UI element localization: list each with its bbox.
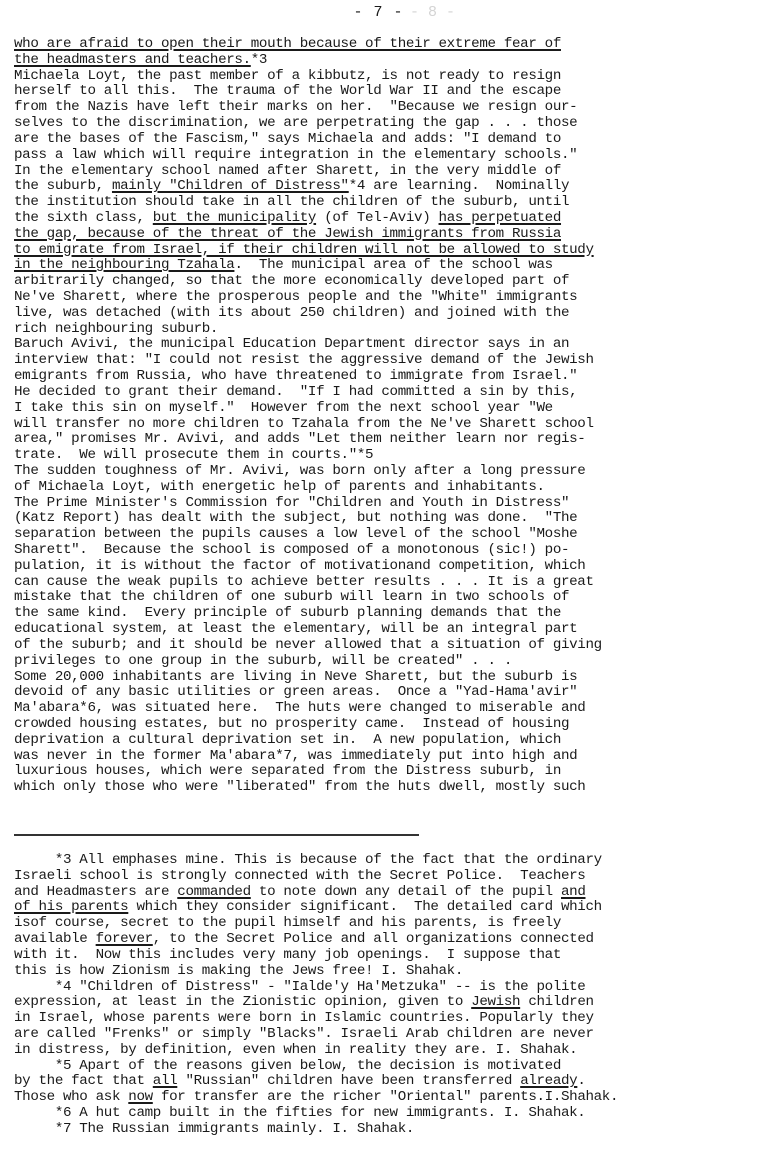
- text-segment: devoid of any basic utilities or green a…: [14, 684, 577, 700]
- text-segment: expression, at least in the Zionistic op…: [14, 994, 471, 1010]
- text-segment: In the elementary school named after Sha…: [14, 163, 561, 179]
- text-segment: . The municipal area of the school was: [234, 257, 552, 273]
- body-line: are the bases of the Fascism," says Mich…: [14, 132, 749, 148]
- body-line: pulation, it is without the factor of mo…: [14, 559, 749, 575]
- text-segment: , to the Secret Police and all organizat…: [153, 931, 594, 947]
- text-segment: live, was detached (with its about 250 c…: [14, 305, 569, 321]
- document-page: - 7 - - 8 - who are afraid to open their…: [0, 0, 757, 1170]
- text-segment: the suburb,: [14, 178, 112, 194]
- text-segment: this is how Zionism is making the Jews f…: [14, 963, 463, 979]
- body-line: to emigrate from Israel, if their childr…: [14, 243, 749, 259]
- body-line: selves to the discrimination, we are per…: [14, 116, 749, 132]
- body-line: In the elementary school named after Sha…: [14, 164, 749, 180]
- text-segment: .: [577, 1073, 585, 1089]
- body-line: the same kind. Every principle of suburb…: [14, 606, 749, 622]
- underlined-emphasis: of his parents: [14, 899, 128, 915]
- text-segment: of Michaela Loyt, with energetic help of…: [14, 479, 545, 495]
- footnotes: *3 All emphases mine. This is because of…: [14, 853, 754, 1138]
- text-segment: the same kind. Every principle of suburb…: [14, 605, 561, 621]
- text-segment: He decided to grant their demand. "If I …: [14, 384, 577, 400]
- text-segment: (Katz Report) has dealt with the subject…: [14, 510, 577, 526]
- body-line: the institution should take in all the c…: [14, 195, 749, 211]
- text-segment: crowded housing estates, but no prosperi…: [14, 716, 569, 732]
- underlined-emphasis: forever: [96, 931, 153, 947]
- text-segment: Ne've Sharett, where the prosperous peop…: [14, 289, 577, 305]
- body-line: privileges to one group in the suburb, w…: [14, 654, 749, 670]
- text-segment: by the fact that: [14, 1073, 153, 1089]
- text-segment: "Russian" children have been transferred: [177, 1073, 520, 1089]
- text-segment: *5 Apart of the reasons given below, the…: [14, 1058, 561, 1074]
- text-segment: can cause the weak pupils to achieve bet…: [14, 574, 594, 590]
- text-segment: separation between the pupils causes a l…: [14, 526, 577, 542]
- text-segment: in Israel, whose parents were born in Is…: [14, 1010, 594, 1026]
- text-segment: (of Tel-Aviv): [316, 210, 438, 226]
- body-line: the suburb, mainly "Children of Distress…: [14, 179, 749, 195]
- footnote-line: available forever, to the Secret Police …: [14, 932, 754, 948]
- text-segment: Israeli school is strongly connected wit…: [14, 868, 585, 884]
- footnote-line: in Israel, whose parents were born in Is…: [14, 1011, 754, 1027]
- footnote-line: with it. Now this includes very many job…: [14, 948, 754, 964]
- text-segment: was never in the former Ma'abara*7, was …: [14, 748, 577, 764]
- text-segment: *3: [251, 52, 267, 68]
- body-line: The Prime Minister's Commission for "Chi…: [14, 496, 749, 512]
- underlined-emphasis: in the neighbouring Tzahala: [14, 257, 234, 273]
- body-line: (Katz Report) has dealt with the subject…: [14, 511, 749, 527]
- text-segment: Those who ask: [14, 1089, 128, 1105]
- body-line: educational system, at least the element…: [14, 622, 749, 638]
- text-segment: Ma'abara*6, was situated here. The huts …: [14, 700, 585, 716]
- body-line: the gap, because of the threat of the Je…: [14, 227, 749, 243]
- text-segment: *7 The Russian immigrants mainly. I. Sha…: [14, 1121, 414, 1137]
- text-segment: in distress, by definition, even when in…: [14, 1042, 577, 1058]
- text-segment: educational system, at least the element…: [14, 621, 577, 637]
- text-segment: of the suburb; and it should be never al…: [14, 637, 602, 653]
- text-segment: are called "Frenks" or simply "Blacks". …: [14, 1026, 594, 1042]
- body-line: crowded housing estates, but no prosperi…: [14, 717, 749, 733]
- footnote-line: expression, at least in the Zionistic op…: [14, 995, 754, 1011]
- text-segment: privileges to one group in the suburb, w…: [14, 653, 512, 669]
- body-line: emigrants from Russia, who have threaten…: [14, 369, 749, 385]
- text-segment: area," promises Mr. Avivi, and adds "Let…: [14, 431, 585, 447]
- body-line: deprivation a cultural deprivation set i…: [14, 733, 749, 749]
- text-segment: the sixth class,: [14, 210, 153, 226]
- body-line: pass a law which will require integratio…: [14, 148, 749, 164]
- underlined-emphasis: mainly "Children of Distress": [112, 178, 349, 194]
- body-line: can cause the weak pupils to achieve bet…: [14, 575, 749, 591]
- text-segment: The sudden toughness of Mr. Avivi, was b…: [14, 463, 585, 479]
- underlined-emphasis: all: [153, 1073, 178, 1089]
- body-line: Baruch Avivi, the municipal Education De…: [14, 337, 749, 353]
- underlined-emphasis: the gap, because of the threat of the Je…: [14, 226, 561, 242]
- body-line: Ma'abara*6, was situated here. The huts …: [14, 701, 749, 717]
- body-line: mistake that the children of one suburb …: [14, 590, 749, 606]
- footnote-line: are called "Frenks" or simply "Blacks". …: [14, 1027, 754, 1043]
- footnote-line: *6 A hut camp built in the fifties for n…: [14, 1106, 754, 1122]
- body-line: area," promises Mr. Avivi, and adds "Let…: [14, 432, 749, 448]
- text-segment: trate. We will prosecute them in courts.…: [14, 447, 373, 463]
- text-segment: Sharett". Because the school is composed…: [14, 542, 569, 558]
- footnote-line: by the fact that all "Russian" children …: [14, 1074, 754, 1090]
- body-line: was never in the former Ma'abara*7, was …: [14, 749, 749, 765]
- underlined-emphasis: the headmasters and teachers.: [14, 52, 251, 68]
- body-line: the headmasters and teachers.*3: [14, 53, 749, 69]
- body-line: Michaela Loyt, the past member of a kibb…: [14, 69, 749, 85]
- footnote-line: *3 All emphases mine. This is because of…: [14, 853, 754, 869]
- underlined-emphasis: Jewish: [471, 994, 520, 1010]
- footnote-line: Israeli school is strongly connected wit…: [14, 869, 754, 885]
- underlined-emphasis: but the municipality: [153, 210, 316, 226]
- main-text: who are afraid to open their mouth becau…: [14, 37, 749, 796]
- text-segment: from the Nazis have left their marks on …: [14, 99, 577, 115]
- text-segment: mistake that the children of one suburb …: [14, 589, 569, 605]
- footnote-line: *5 Apart of the reasons given below, the…: [14, 1059, 754, 1075]
- footnote-line: this is how Zionism is making the Jews f…: [14, 964, 754, 980]
- footnote-line: of his parents which they consider signi…: [14, 900, 754, 916]
- body-line: herself to all this. The trauma of the W…: [14, 84, 749, 100]
- body-line: He decided to grant their demand. "If I …: [14, 385, 749, 401]
- body-line: Sharett". Because the school is composed…: [14, 543, 749, 559]
- text-segment: with it. Now this includes very many job…: [14, 947, 561, 963]
- body-line: will transfer no more children to Tzahal…: [14, 417, 749, 433]
- underlined-emphasis: commanded: [177, 884, 250, 900]
- text-segment: emigrants from Russia, who have threaten…: [14, 368, 577, 384]
- text-segment: to note down any detail of the pupil: [251, 884, 561, 900]
- footnote-line: in distress, by definition, even when in…: [14, 1043, 754, 1059]
- body-line: who are afraid to open their mouth becau…: [14, 37, 749, 53]
- text-segment: Michaela Loyt, the past member of a kibb…: [14, 68, 561, 84]
- text-segment: Some 20,000 inhabitants are living in Ne…: [14, 669, 577, 685]
- body-line: arbitrarily changed, so that the more ec…: [14, 274, 749, 290]
- text-segment: will transfer no more children to Tzahal…: [14, 416, 594, 432]
- underlined-emphasis: who are afraid to open their mouth becau…: [14, 36, 561, 52]
- text-segment: The Prime Minister's Commission for "Chi…: [14, 495, 569, 511]
- body-line: The sudden toughness of Mr. Avivi, was b…: [14, 464, 749, 480]
- body-line: which only those who were "liberated" fr…: [14, 780, 749, 796]
- text-segment: are the bases of the Fascism," says Mich…: [14, 131, 561, 147]
- body-line: devoid of any basic utilities or green a…: [14, 685, 749, 701]
- body-line: in the neighbouring Tzahala. The municip…: [14, 258, 749, 274]
- text-segment: *4 "Children of Distress" - "Ialde'y Ha'…: [14, 979, 585, 995]
- text-segment: herself to all this. The trauma of the W…: [14, 83, 561, 99]
- body-line: of the suburb; and it should be never al…: [14, 638, 749, 654]
- text-segment: I take this sin on myself." However from…: [14, 400, 553, 416]
- footnote-line: isof course, secret to the pupil himself…: [14, 916, 754, 932]
- body-line: trate. We will prosecute them in courts.…: [14, 448, 749, 464]
- body-line: interview that: "I could not resist the …: [14, 353, 749, 369]
- footnote-line: Those who ask now for transfer are the r…: [14, 1090, 754, 1106]
- footnote-line: and Headmasters are commanded to note do…: [14, 885, 754, 901]
- text-segment: pulation, it is without the factor of mo…: [14, 558, 585, 574]
- underlined-emphasis: has perpetuated: [439, 210, 561, 226]
- footnote-separator: [14, 834, 419, 836]
- text-segment: the institution should take in all the c…: [14, 194, 569, 210]
- text-segment: for transfer are the richer "Oriental" p…: [153, 1089, 618, 1105]
- text-segment: which they consider significant. The det…: [128, 899, 602, 915]
- body-line: Ne've Sharett, where the prosperous peop…: [14, 290, 749, 306]
- text-segment: luxurious houses, which were separated f…: [14, 763, 561, 779]
- page-number: - 7 -: [0, 4, 757, 21]
- text-segment: and Headmasters are: [14, 884, 177, 900]
- underlined-emphasis: to emigrate from Israel, if their childr…: [14, 242, 594, 258]
- text-segment: *3 All emphases mine. This is because of…: [14, 852, 602, 868]
- text-segment: which only those who were "liberated" fr…: [14, 779, 585, 795]
- underlined-emphasis: and: [561, 884, 586, 900]
- text-segment: rich neighbouring suburb.: [14, 321, 218, 337]
- body-line: separation between the pupils causes a l…: [14, 527, 749, 543]
- text-segment: isof course, secret to the pupil himself…: [14, 915, 561, 931]
- underlined-emphasis: now: [128, 1089, 153, 1105]
- text-segment: interview that: "I could not resist the …: [14, 352, 594, 368]
- text-segment: deprivation a cultural deprivation set i…: [14, 732, 561, 748]
- bleed-through-page-number: - 8 -: [410, 4, 455, 21]
- text-segment: *4 are learning. Nominally: [349, 178, 569, 194]
- body-line: Some 20,000 inhabitants are living in Ne…: [14, 670, 749, 686]
- underlined-emphasis: already: [520, 1073, 577, 1089]
- body-line: rich neighbouring suburb.: [14, 322, 749, 338]
- text-segment: available: [14, 931, 96, 947]
- text-segment: children: [520, 994, 593, 1010]
- text-segment: pass a law which will require integratio…: [14, 147, 577, 163]
- body-line: luxurious houses, which were separated f…: [14, 764, 749, 780]
- body-line: of Michaela Loyt, with energetic help of…: [14, 480, 749, 496]
- footnote-line: *4 "Children of Distress" - "Ialde'y Ha'…: [14, 980, 754, 996]
- footnote-line: *7 The Russian immigrants mainly. I. Sha…: [14, 1122, 754, 1138]
- body-line: the sixth class, but the municipality (o…: [14, 211, 749, 227]
- text-segment: arbitrarily changed, so that the more ec…: [14, 273, 569, 289]
- text-segment: Baruch Avivi, the municipal Education De…: [14, 336, 569, 352]
- text-segment: selves to the discrimination, we are per…: [14, 115, 577, 131]
- body-line: I take this sin on myself." However from…: [14, 401, 749, 417]
- text-segment: *6 A hut camp built in the fifties for n…: [14, 1105, 585, 1121]
- body-line: live, was detached (with its about 250 c…: [14, 306, 749, 322]
- body-line: from the Nazis have left their marks on …: [14, 100, 749, 116]
